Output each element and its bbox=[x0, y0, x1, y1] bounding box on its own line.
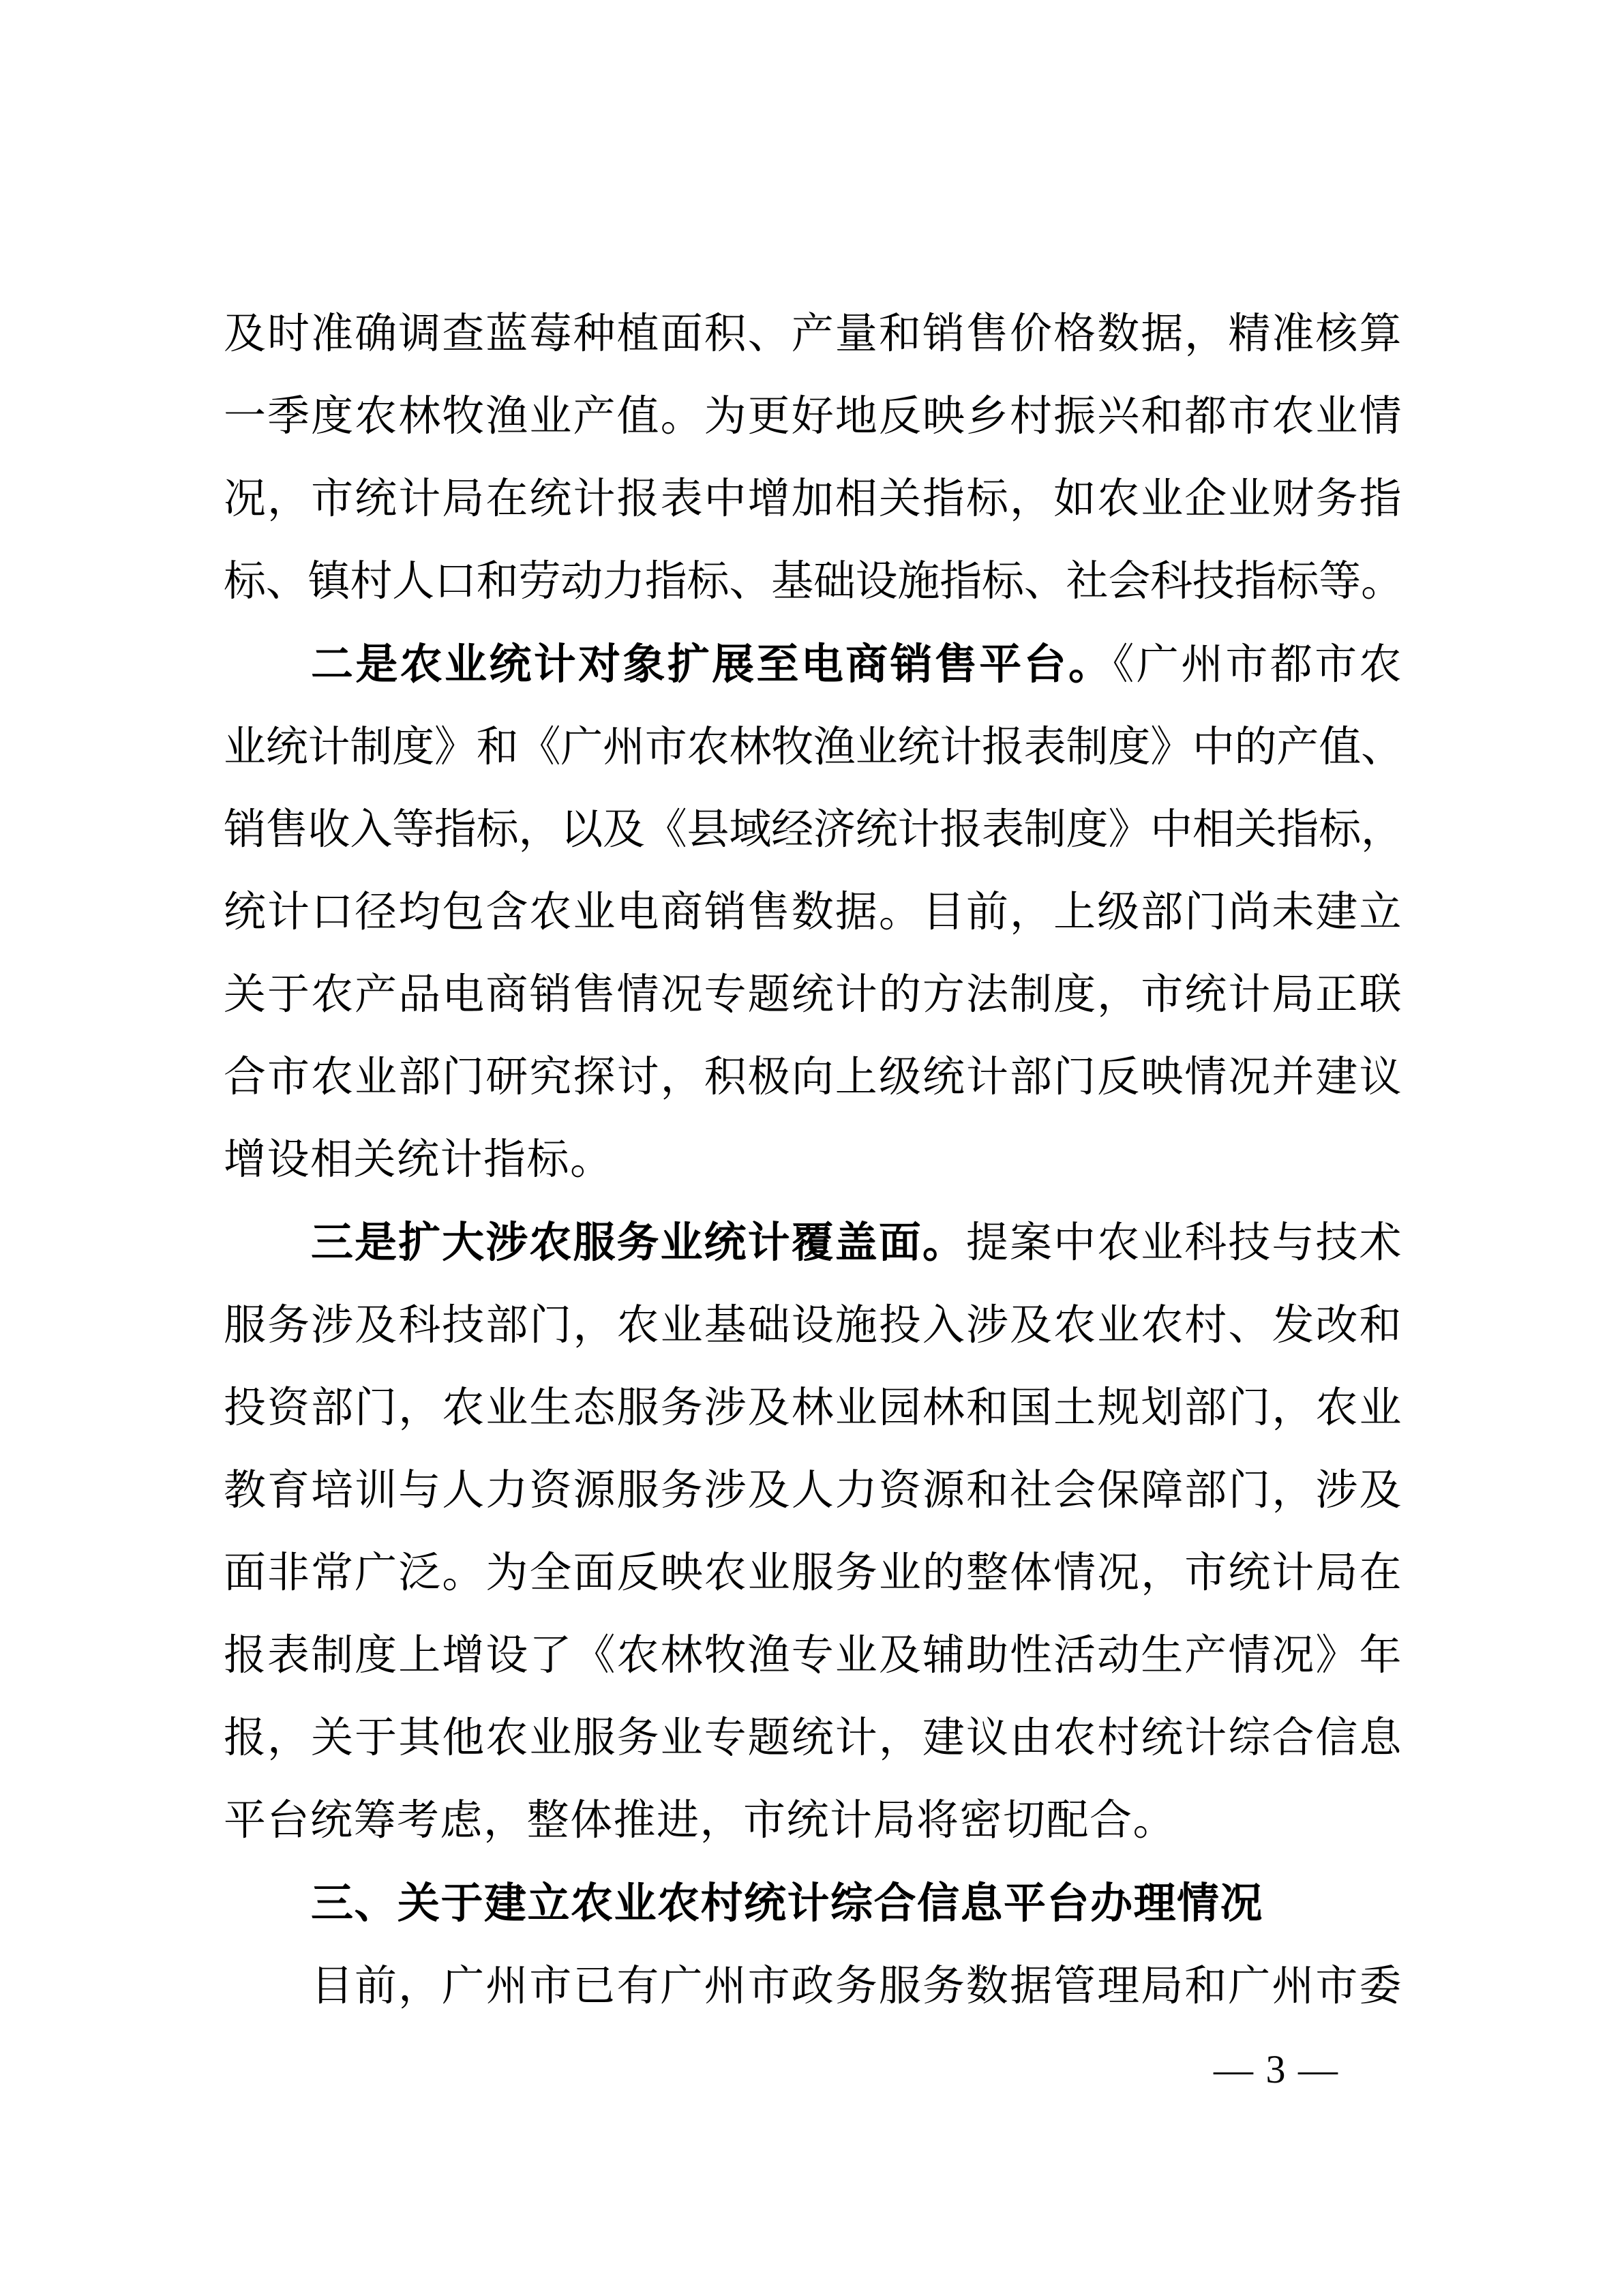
text-line: 关于农产品电商销售情况专题统计的方法制度，市统计局正联 bbox=[224, 954, 1402, 1037]
text-line: 统计口径均包含农业电商销售数据。目前，上级部门尚未建立 bbox=[224, 871, 1402, 954]
text-run: 面非常广泛。为全面反映农业服务业的整体情况，市统计局在 bbox=[224, 1550, 1402, 1596]
text-run: 目前，广州市已有广州市政务服务数据管理局和广州市委 bbox=[311, 1963, 1402, 2010]
text-line: 二是农业统计对象扩展至电商销售平台。《广州市都市农 bbox=[224, 623, 1402, 706]
text-line: 三、关于建立农业农村统计综合信息平台办理情况 bbox=[224, 1862, 1402, 1945]
bold-text-run: 二是农业统计对象扩展至电商销售平台。 bbox=[311, 641, 1113, 688]
document-page: 及时准确调查蓝莓种植面积、产量和销售价格数据，精准核算一季度农林牧渔业产值。为更… bbox=[0, 0, 1622, 2296]
text-line: 三是扩大涉农服务业统计覆盖面。提案中农业科技与技术 bbox=[224, 1202, 1402, 1285]
text-line: 报，关于其他农业服务业专题统计，建议由农村统计综合信息 bbox=[224, 1697, 1402, 1780]
text-run: 报表制度上增设了《农林牧渔专业及辅助性活动生产情况》年 bbox=[224, 1632, 1402, 1679]
text-run: 及时准确调查蓝莓种植面积、产量和销售价格数据，精准核算 bbox=[224, 311, 1402, 357]
text-line: 平台统筹考虑，整体推进，市统计局将密切配合。 bbox=[224, 1780, 1402, 1862]
text-line: 一季度农林牧渔业产值。为更好地反映乡村振兴和都市农业情 bbox=[224, 376, 1402, 458]
text-run: 服务涉及科技部门，农业基础设施投入涉及农业农村、发改和 bbox=[224, 1302, 1402, 1349]
text-line: 况，市统计局在统计报表中增加相关指标，如农业企业财务指 bbox=[224, 458, 1402, 541]
text-line: 销售收入等指标，以及《县域经济统计报表制度》中相关指标， bbox=[224, 789, 1402, 871]
text-run: 报，关于其他农业服务业专题统计，建议由农村统计综合信息 bbox=[224, 1715, 1402, 1761]
text-run: 教育培训与人力资源服务涉及人力资源和社会保障部门，涉及 bbox=[224, 1467, 1402, 1514]
text-line: 报表制度上增设了《农林牧渔专业及辅助性活动生产情况》年 bbox=[224, 1615, 1402, 1697]
text-run: 投资部门，农业生态服务涉及林业园林和国土规划部门，农业 bbox=[224, 1385, 1402, 1431]
text-line: 合市农业部门研究探讨，积极向上级统计部门反映情况并建议 bbox=[224, 1037, 1402, 1119]
text-line: 增设相关统计指标。 bbox=[224, 1119, 1402, 1202]
text-line: 面非常广泛。为全面反映农业服务业的整体情况，市统计局在 bbox=[224, 1532, 1402, 1615]
text-run: 一季度农林牧渔业产值。为更好地反映乡村振兴和都市农业情 bbox=[224, 393, 1402, 440]
text-run: 标、镇村人口和劳动力指标、基础设施指标、社会科技指标等。 bbox=[224, 558, 1402, 605]
document-body: 及时准确调查蓝莓种植面积、产量和销售价格数据，精准核算一季度农林牧渔业产值。为更… bbox=[224, 293, 1402, 2028]
text-line: 目前，广州市已有广州市政务服务数据管理局和广州市委 bbox=[224, 1945, 1402, 2028]
bold-text-run: 三、关于建立农业农村统计综合信息平台办理情况 bbox=[311, 1880, 1263, 1927]
text-run: 平台统筹考虑，整体推进，市统计局将密切配合。 bbox=[224, 1798, 1176, 1844]
text-line: 业统计制度》和《广州市农林牧渔业统计报表制度》中的产值、 bbox=[224, 706, 1402, 789]
text-run: 销售收入等指标，以及《县域经济统计报表制度》中相关指标， bbox=[224, 807, 1402, 853]
page-number: — 3 — bbox=[1174, 2046, 1379, 2093]
text-line: 标、镇村人口和劳动力指标、基础设施指标、社会科技指标等。 bbox=[224, 541, 1402, 623]
text-line: 及时准确调查蓝莓种植面积、产量和销售价格数据，精准核算 bbox=[224, 293, 1402, 376]
text-line: 教育培训与人力资源服务涉及人力资源和社会保障部门，涉及 bbox=[224, 1450, 1402, 1532]
text-run: 统计口径均包含农业电商销售数据。目前，上级部门尚未建立 bbox=[224, 889, 1402, 936]
text-run: 关于农产品电商销售情况专题统计的方法制度，市统计局正联 bbox=[224, 972, 1402, 1018]
text-run: 增设相关统计指标。 bbox=[224, 1137, 614, 1183]
text-run: 合市农业部门研究探讨，积极向上级统计部门反映情况并建议 bbox=[224, 1054, 1402, 1101]
text-line: 投资部门，农业生态服务涉及林业园林和国土规划部门，农业 bbox=[224, 1367, 1402, 1450]
bold-text-run: 三是扩大涉农服务业统计覆盖面。 bbox=[311, 1219, 966, 1266]
text-run: 况，市统计局在统计报表中增加相关指标，如农业企业财务指 bbox=[224, 476, 1402, 522]
text-line: 服务涉及科技部门，农业基础设施投入涉及农业农村、发改和 bbox=[224, 1285, 1402, 1367]
text-run: 提案中农业科技与技术 bbox=[966, 1220, 1402, 1266]
text-run: 业统计制度》和《广州市农林牧渔业统计报表制度》中的产值、 bbox=[224, 724, 1402, 771]
text-run: 《广州市都市农 bbox=[1113, 642, 1402, 688]
